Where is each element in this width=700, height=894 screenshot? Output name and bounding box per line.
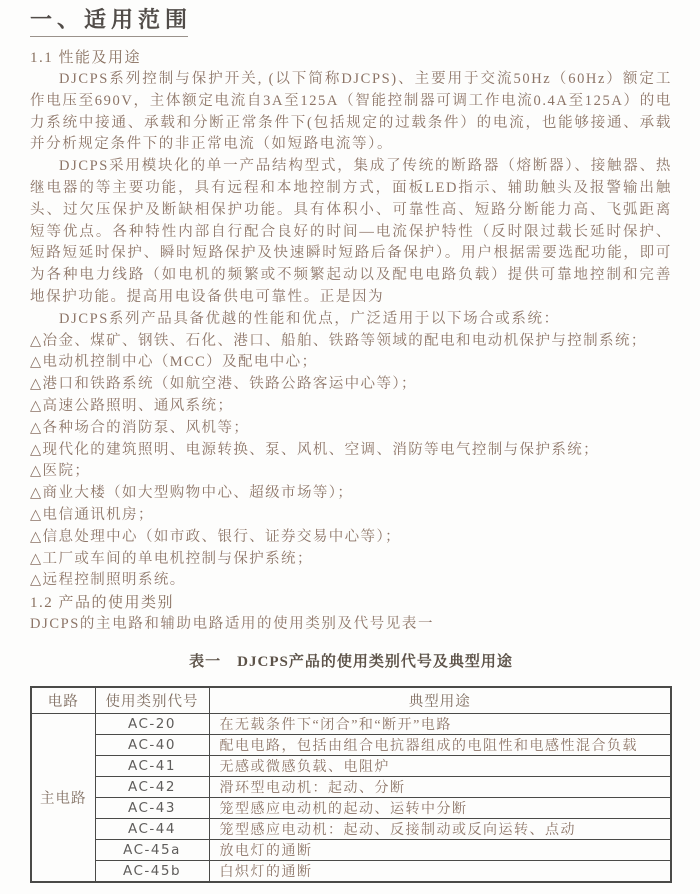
table-row: AC-41 无感或微感负载、电阻炉: [31, 756, 671, 777]
category-code: AC-42: [95, 777, 209, 798]
table-header-row: 电路 使用类别代号 典型用途: [31, 687, 671, 714]
section-title: 一、适用范围: [30, 6, 672, 34]
typical-use: 笼型感应电动机的起动、运转中分断: [209, 798, 671, 819]
typical-use: 笼型感应电动机：起动、反接制动或反向运转、点动: [209, 819, 671, 840]
table-lead-text: DJCPS的主电路和辅助电路适用的使用类别及代号见表一: [30, 614, 672, 636]
typical-use: 滑环型电动机：起动、分断: [209, 777, 671, 798]
subsection-1-2-heading: 1.2 产品的使用类别: [30, 592, 672, 614]
category-code: AC-45a: [95, 840, 209, 861]
category-code: AC-43: [95, 798, 209, 819]
circuit-group-cell: 主电路: [31, 714, 95, 883]
paragraph-performance-2: DJCPS采用模块化的单一产品结构型式，集成了传统的断路器（熔断器）、接触器、热…: [30, 156, 672, 309]
application-item: △工厂或车间的单电机控制与保护系统；: [30, 549, 672, 571]
application-item: △信息处理中心（如市政、银行、证券交易中心等）；: [30, 527, 672, 549]
paragraph-performance-3: DJCPS系列产品具备优越的性能和优点，广泛适用于以下场合或系统：: [30, 309, 672, 331]
application-item: △高速公路照明、通风系统；: [30, 396, 672, 418]
table-row: AC-45b 白炽灯的通断: [31, 861, 671, 883]
typical-use: 配电电路，包括由组合电抗器组成的电阻性和电感性混合负载: [209, 735, 671, 756]
document-page: 一、适用范围 1.1 性能及用途 DJCPS系列控制与保护开关, (以下简称DJ…: [0, 0, 700, 894]
application-item: △远程控制照明系统。: [30, 570, 672, 592]
table-row: AC-44 笼型感应电动机：起动、反接制动或反向运转、点动: [31, 819, 671, 840]
application-item: △冶金、煤矿、钢铁、石化、港口、船舶、铁路等领域的配电和电动机保护与控制系统；: [30, 331, 672, 353]
table-row: AC-40 配电电路，包括由组合电抗器组成的电阻性和电感性混合负载: [31, 735, 671, 756]
typical-use: 在无载条件下“闭合”和“断开”电路: [209, 714, 671, 735]
usage-category-table: 电路 使用类别代号 典型用途 主电路 AC-20 在无载条件下“闭合”和“断开”…: [30, 686, 672, 884]
table-row: AC-45a 放电灯的通断: [31, 840, 671, 861]
application-item: △电信通讯机房；: [30, 505, 672, 527]
application-item: △电动机控制中心（MCC）及配电中心；: [30, 352, 672, 374]
col-header-code: 使用类别代号: [95, 687, 209, 714]
typical-use: 无感或微感负载、电阻炉: [209, 756, 671, 777]
table-title: 表一 DJCPS产品的使用类别代号及典型用途: [30, 650, 672, 671]
category-code: AC-45b: [95, 861, 209, 883]
application-list: △冶金、煤矿、钢铁、石化、港口、船舶、铁路等领域的配电和电动机保护与控制系统； …: [30, 331, 672, 593]
application-item: △港口和铁路系统（如航空港、铁路公路客运中心等）；: [30, 374, 672, 396]
paragraph-performance-1: DJCPS系列控制与保护开关, (以下简称DJCPS)、主要用于交流50Hz（6…: [30, 69, 672, 156]
application-item: △医院；: [30, 461, 672, 483]
category-code: AC-40: [95, 735, 209, 756]
section-title-underline: [30, 36, 188, 37]
subsection-1-1-heading: 1.1 性能及用途: [30, 47, 672, 69]
application-item: △商业大楼（如大型购物中心、超级市场等）；: [30, 483, 672, 505]
table-row: AC-42 滑环型电动机：起动、分断: [31, 777, 671, 798]
application-item: △现代化的建筑照明、电源转换、泵、风机、空调、消防等电气控制与保护系统；: [30, 440, 672, 462]
table-row: AC-43 笼型感应电动机的起动、运转中分断: [31, 798, 671, 819]
category-code: AC-44: [95, 819, 209, 840]
category-code: AC-41: [95, 756, 209, 777]
col-header-use: 典型用途: [209, 687, 671, 714]
typical-use: 放电灯的通断: [209, 840, 671, 861]
table-row: 主电路 AC-20 在无载条件下“闭合”和“断开”电路: [31, 714, 671, 735]
application-item: △各种场合的消防泵、风机等；: [30, 418, 672, 440]
typical-use: 白炽灯的通断: [209, 861, 671, 883]
category-code: AC-20: [95, 714, 209, 735]
col-header-circuit: 电路: [31, 687, 95, 714]
